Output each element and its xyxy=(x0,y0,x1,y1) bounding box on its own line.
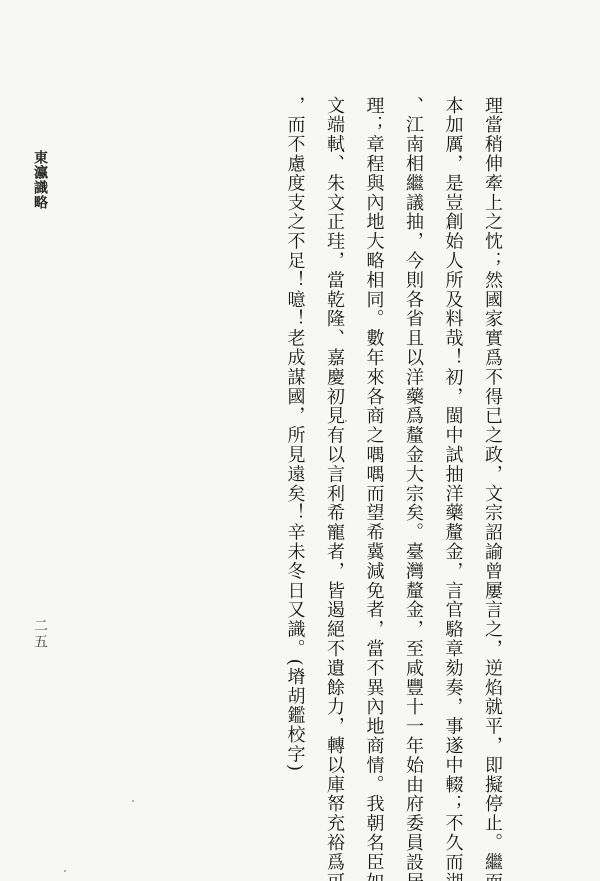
running-title: 東瀛識略 xyxy=(30,150,50,210)
scan-speck xyxy=(132,800,134,802)
page-number: 二五 xyxy=(30,618,50,650)
text-column-6: ，而不慮度支之不足！噫！老成謀國，所見遠矣！辛未冬日又識。(塉胡鑑校字) xyxy=(275,96,315,816)
text-column-5: 文端軾、朱文正珪，當乾隆、嘉慶初見有以言利希寵者，皆遏絕不遺餘力，轉以庫帑充裕爲… xyxy=(315,96,355,816)
text-column-4: 理；章程與內地大略相同。數年來各商之喁喁而望希冀減免者，當不異內地商情。我朝名臣… xyxy=(354,96,394,816)
body-text: 理當稍伸牽上之忱；然國家實爲不得已之政，文宗詔諭曾屢言之，逆焰就平，即擬停止。繼… xyxy=(275,96,512,816)
text-column-1: 理當稍伸牽上之忱；然國家實爲不得已之政，文宗詔諭曾屢言之，逆焰就平，即擬停止。繼… xyxy=(473,96,513,816)
text-column-2: 本加厲，是豈創始人所及料哉！初，閩中試抽洋藥釐金，言官駱章劾奏，事遂中輟；不久而… xyxy=(433,96,473,816)
scan-speck xyxy=(64,870,66,872)
scan-speck xyxy=(345,420,347,422)
text-column-3: 、江南相繼議抽，今則各省且以洋藥爲釐金大宗矣。臺灣釐金，至咸豐十一年始由府委員設… xyxy=(394,96,434,816)
document-page: 東瀛識略 二五 理當稍伸牽上之忱；然國家實爲不得已之政，文宗詔諭曾屢言之，逆焰就… xyxy=(0,0,600,881)
